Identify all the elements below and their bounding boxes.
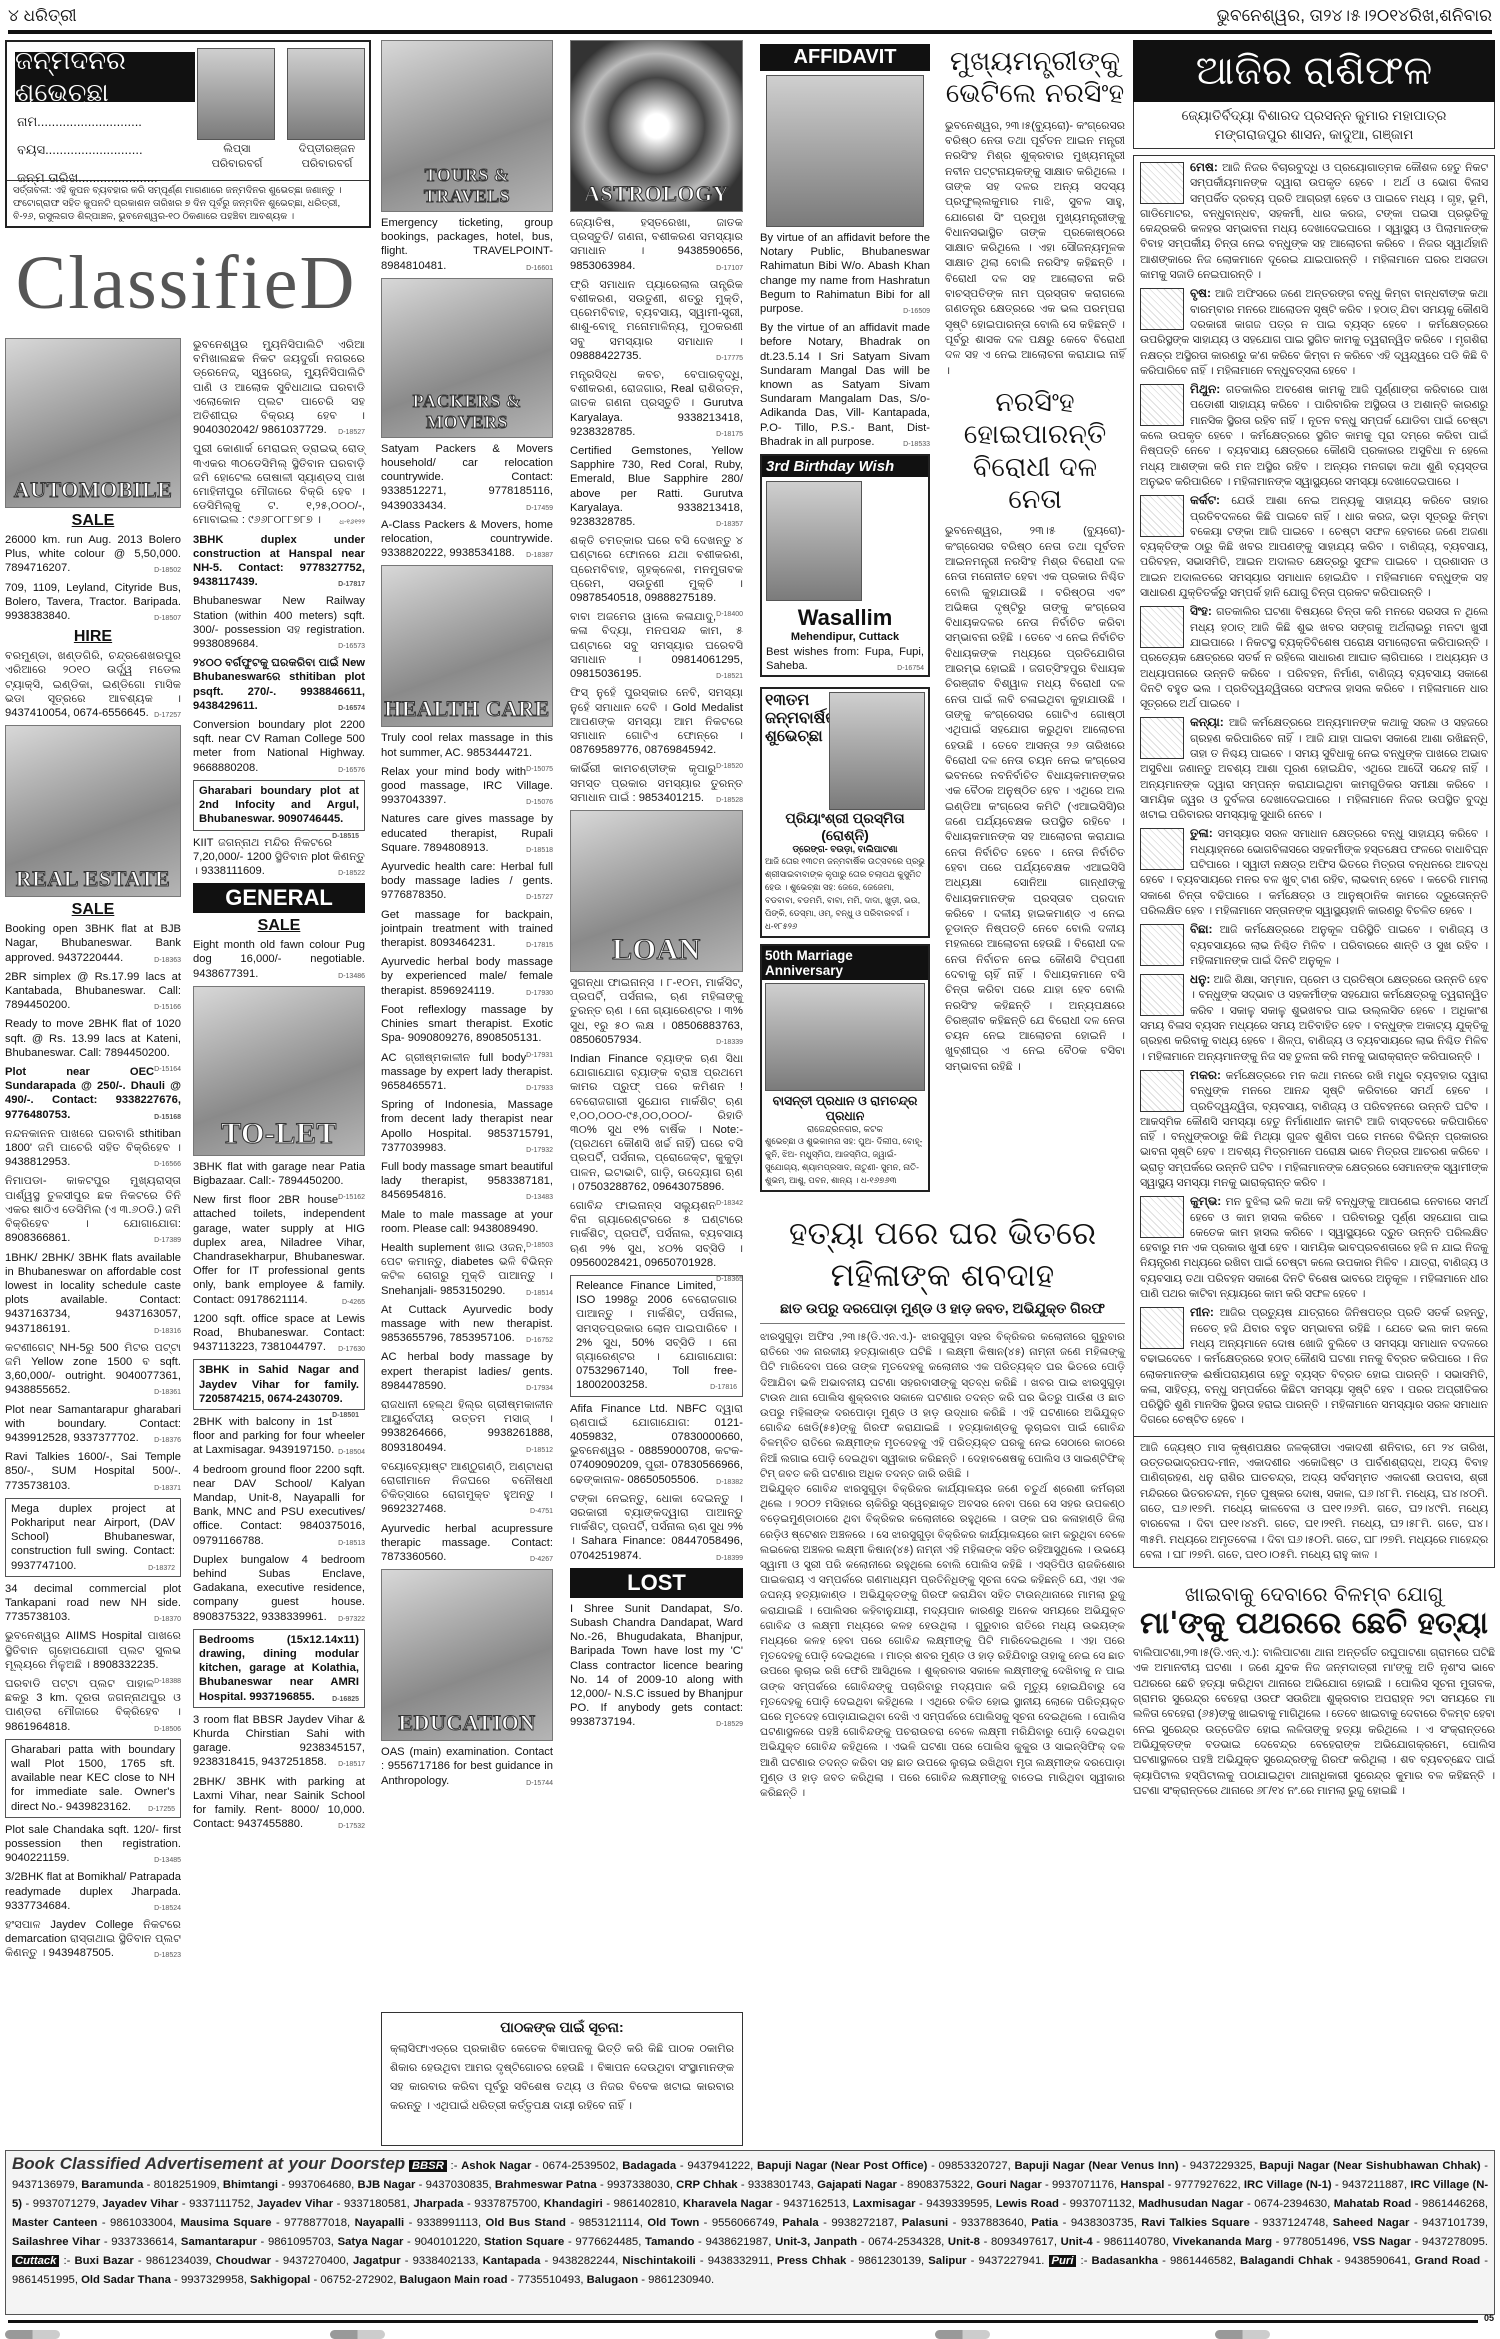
aquarius-icon	[1140, 1196, 1184, 1238]
ad-code: D-16601	[526, 262, 553, 276]
classified-ad: By virtue of an affidavit before the Not…	[760, 231, 930, 316]
booking-office: Choudwar - 9437270400,	[216, 2255, 353, 2267]
classified-ad: A-Class Packers & Movers, home relocatio…	[381, 518, 553, 561]
classified-ad: Plot sale Chandaka sqft. 120/- first pos…	[5, 1823, 181, 1866]
story3: ହତ୍ୟା ପରେ ଘର ଭିତରେ ମହିଳାଙ୍କ ଶବଦାହ ଛାତ ଉପ…	[760, 1212, 1125, 1801]
classified-ad: ନିମାପଡା- କାକଟପୁର ମୁଖ୍ୟରାସ୍ତା ପାର୍ଶ୍ୱସ୍ଥ …	[5, 1174, 181, 1245]
registration-mark	[935, 2330, 990, 2339]
classified-ad: ପୁରୀ କୋଣାର୍କ ମେରାଇନ୍ ଡ୍ରାଇଭ୍ ରୋଡ୍ ୩ଏକର ୩…	[193, 442, 365, 527]
rashi-entry: କନ୍ୟା: ଆଜି କର୍ମକ୍ଷେତ୍ରରେ ଅନ୍ୟମାନଙ୍କ କଥାକ…	[1140, 715, 1488, 823]
ad-code: D-17934	[526, 1382, 553, 1396]
classified-ad: Gharabari patta with boundary wall Plot …	[5, 1739, 181, 1818]
ad-code: D-18502	[154, 564, 181, 578]
ad-code: D-17459	[526, 502, 553, 516]
dateline: ଭୁବନେଶ୍ୱର, ତା୨୪।୫।୨୦୧୪ରିଖ,ଶନିବାର	[1217, 6, 1492, 26]
ad-code: D-18399	[716, 1552, 743, 1566]
booking-office: Press Chhak - 9861230139,	[777, 2255, 928, 2267]
booking-office: Nischintakoili - 9438332911,	[622, 2255, 777, 2267]
age-field: ବୟସ...........................	[17, 142, 143, 158]
ad-code: D-18522	[338, 867, 365, 881]
classified-ad: ଶକ୍ତି ଚମତ୍କାର ଘରେ ବସି ଦେଖନ୍ତୁ ୪ ଘଣ୍ଟାରେ …	[570, 534, 743, 605]
taurus-icon	[1140, 288, 1184, 330]
classified-ad: ଫିସ୍ ନୁହେଁ ପୁରସ୍କାର ନେବି, ସମସ୍ୟା ନୁହେଁ ସ…	[570, 686, 743, 757]
ad-code: D-18357	[716, 518, 743, 532]
ad-code: D-17817	[338, 578, 365, 592]
bottom-rule	[8, 2320, 1478, 2323]
anniversary-box: 50th Marriage Anniversary ବାସନ୍ତୀ ପ୍ରଧାନ…	[760, 944, 930, 1192]
rashi-entry: ମକର: କର୍ମକ୍ଷେତ୍ରରେ ମନ କଥା ମନରେ ରଖି ମଧୁର …	[1140, 1068, 1488, 1191]
ad-code: D-17931	[526, 1049, 553, 1063]
affidavit-photo	[766, 75, 924, 227]
couple-photo	[765, 983, 925, 1091]
top-rule	[8, 30, 1492, 34]
classified-ad: 3/2BHK flat at Bomikhal/ Patrapada ready…	[5, 1870, 181, 1913]
automobile-image: AUTOMOBILE	[5, 338, 181, 508]
column-automobile-realestate: AUTOMOBILE SALE 26000 km. run Aug. 2013 …	[5, 338, 181, 1966]
booking-office: Sailashree Vihar - 9337336614,	[12, 2236, 181, 2248]
story3-headline: ହତ୍ୟା ପରେ ଘର ଭିତରେ ମହିଳାଙ୍କ ଶବଦାହ	[760, 1212, 1125, 1296]
ad-code: D-18382	[716, 1476, 743, 1490]
booking-office: Bapuji Nagar (Near Post Office) - 098533…	[757, 2160, 1014, 2172]
booking-office: Jayadev Vihar - 9337111752,	[102, 2198, 257, 2210]
birthday-wish-box: 3rd Birthday Wish Wasallim Mehendipur, C…	[760, 454, 930, 677]
footer-lead: Book Classified Advertisement at your Do…	[12, 2154, 405, 2173]
booking-office: Master Canteen - 9861033004,	[12, 2217, 180, 2229]
ad-code: D-18363	[154, 954, 181, 968]
classified-ad: ୨୪୦୦ ବର୍ଗଫୁଟକୁ ଘରକରିବା ପାଇଁ New Bhubanes…	[193, 656, 365, 713]
booking-office: Tamando - 9438621987,	[645, 2236, 775, 2248]
classified-ad: Get massage for backpain, jointpain trea…	[381, 908, 553, 951]
ad-code: D-17255	[148, 1803, 175, 1817]
classified-ad: Mega duplex project at Pokhariput near A…	[5, 1498, 181, 1577]
booking-office: Baramunda - 8018251909,	[81, 2179, 223, 2191]
ad-code: D-4751	[530, 1505, 553, 1519]
city-label: Cuttack	[12, 2255, 59, 2267]
ad-code: D-16752	[526, 1334, 553, 1348]
booking-office: Khandagiri - 9861402810,	[544, 2198, 683, 2210]
ad-code: D-18388	[154, 1675, 181, 1689]
booking-office: Balagandi Chhak - 9438590641,	[1240, 2255, 1415, 2267]
booking-office: Pahala - 9938272187,	[782, 2217, 901, 2229]
rashi-entry: ମିଥୁନ: ଗତକାଲିର ଅବଶେଷ କାମକୁ ଆଜି ପୂର୍ଣ୍ଣାଙ…	[1140, 382, 1488, 490]
ad-code: D-18372	[148, 1562, 175, 1576]
sagittarius-icon	[1140, 974, 1184, 1016]
classified-ad: Releance Finance Limited, ISO 1998ରୁ 200…	[570, 1275, 743, 1397]
ad-code: D-18514	[526, 1287, 553, 1301]
column-astrology-loan: ASTROLOGY ଜ୍ୟୋତିଷ, ହସ୍ତରେଖା, ଜାତକ ପ୍ରସ୍ତ…	[570, 40, 743, 1735]
column-services: TOURS & TRAVELS Emergency ticketing, gro…	[381, 40, 553, 1793]
registration-mark	[330, 2330, 385, 2339]
booking-office: Station Square - 9776624485,	[484, 2236, 645, 2248]
city-label: Puri	[1049, 2255, 1077, 2267]
classified-ad: AC herbal body massage by expert therapi…	[381, 1350, 553, 1393]
classified-ad: New first floor 2BR house attached toile…	[193, 1193, 365, 1307]
registration-mark	[5, 2330, 60, 2339]
rashifal-heading: ଆଜିର ରାଶିଫଳ	[1133, 40, 1495, 102]
ad-code: D-18523	[154, 1949, 181, 1963]
ad-code: D-16574	[338, 702, 365, 716]
ad-code: D-18528	[716, 794, 743, 808]
cancer-icon	[1140, 495, 1184, 537]
coupon-title: ଜନ୍ମଦିନର ଶୁଭେଚ୍ଛା	[15, 52, 195, 102]
booking-office: Mahatab Road - 9861446268,	[1334, 2198, 1488, 2210]
ad-code: D-18365	[716, 1273, 743, 1287]
booking-office: CRP Chhak - 9338301743,	[676, 2179, 817, 2191]
classified-ad: ଜ୍ୟୋତିଷ, ହସ୍ତରେଖା, ଜାତକ ପ୍ରସ୍ତୁତି/ ଗଣନା,…	[570, 216, 743, 273]
classified-ad: 2BR simplex @ Rs.17.99 lacs at Kantabada…	[5, 970, 181, 1013]
rashi-entry: ମୀନ: ଆଜିର ପ୍ରତ୍ୟୁଷ ଯାତ୍ରାରେ ଜିନିଷପତ୍ର ପ୍…	[1140, 1305, 1488, 1428]
ad-code: D-4267	[530, 1553, 553, 1567]
ad-code: D-18370	[154, 1613, 181, 1627]
page-number: 05	[1484, 2313, 1494, 2323]
child-photo	[766, 481, 862, 601]
rashi-entry: ବୃଷ: ଆଜି ଅଫିସରେ ଜଣେ ଅନ୍ତରଙ୍ଗ ବନ୍ଧୁ କିମ୍ବ…	[1140, 286, 1488, 379]
classified-ad: Certified Gemstones, Yellow Sapphire 730…	[570, 444, 743, 529]
reader-notice: ପାଠକଙ୍କ ପାଇଁ ସୂଚନା: କ୍ଲାସିଫାଏଡ୍‌ରେ ପ୍ରକା…	[381, 2012, 743, 2146]
booking-office: Kharavela Nagar - 9437162513,	[683, 2198, 853, 2210]
city-label: BBSR	[409, 2160, 447, 2172]
section-heading: SALE	[5, 512, 181, 530]
classified-ad: ଭୁବନେଶ୍ୱର ମ୍ୟୁନିସିପାଲିଟି ଏରିଆ ବମିଖାଲଛକ ନ…	[193, 338, 365, 437]
booking-office: Bhimtangi - 9937064680,	[223, 2179, 358, 2191]
ad-code: D-15727	[526, 891, 553, 905]
classified-ad: Gharabari boundary plot at 2nd Infocity …	[193, 780, 365, 831]
ad-code: D-16509	[903, 305, 930, 319]
real-estate-image: REAL ESTATE	[5, 725, 181, 897]
booking-office: Brahmeswar Patna - 9937338030,	[495, 2179, 676, 2191]
classified-ad: 4 bedroom ground floor 2200 sqft. near D…	[193, 1463, 365, 1548]
gemini-icon	[1140, 384, 1184, 426]
classified-ad: 3BHK in Sahid Nagar and Jaydev Vihar for…	[193, 1359, 365, 1410]
rashi-entry: ଧନୁ: ଆଜି ଶିକ୍ଷା, ସମ୍ମାନ, ପ୍ରେମ ଓ ପ୍ରତିଷ୍…	[1140, 972, 1488, 1065]
classified-ad: ରାଜଧାନୀ ହେଲ୍‌ଥ ହିଲ୍‌ର ଗ୍ରୀଷ୍ମକାଳୀନ ଆୟୁର୍…	[381, 1398, 553, 1455]
classified-ad: ବୟୋବ୍ୟୋଷ୍ଟ ଆଣ୍ଠୁଗଣ୍ଠି, ଅଣ୍ଟାଧରା ରୋଗୀମାନେ…	[381, 1460, 553, 1517]
ad-code: D-13486	[338, 970, 365, 984]
booking-office: Badasankha - 9861446582,	[1092, 2255, 1241, 2267]
leo-icon	[1140, 606, 1184, 648]
story1-headline: ମୁଖ୍ୟମନ୍ତ୍ରୀଙ୍କୁ ଭେଟିଲେ ନରସିଂହ	[945, 46, 1125, 111]
affidavit-heading: AFFIDAVIT	[760, 44, 930, 71]
pisces-icon	[1140, 1307, 1184, 1349]
ad-code: D-17932	[526, 1144, 553, 1158]
ad-code: D-18175	[716, 428, 743, 442]
booking-office: Sakhigopal - 06752-272902,	[250, 2274, 399, 2286]
wish-name: Wasallim	[762, 605, 928, 631]
classified-ad: 1BHK/ 2BHK/ 3BHK flats available in Bhub…	[5, 1251, 181, 1336]
ad-code: D-15166	[154, 1001, 181, 1015]
booking-office: Jayadev Vihar - 9337180581,	[257, 2198, 413, 2210]
classified-ad: ଟଙ୍କା ନେଇନ୍ତୁ, ଧୋକା ଦେଇନ୍ତୁ । ସରକାରୀ ବ୍ୟ…	[570, 1492, 743, 1563]
booking-office: Buxi Bazar - 9861234039,	[74, 2255, 215, 2267]
rashi-entry: ସିଂହ: ଗତକାଲିର ଘଟଣା ବିଷୟରେ ଚିନ୍ତା କରି ମନର…	[1140, 604, 1488, 712]
booking-office: Salipur - 9437227941.	[928, 2255, 1048, 2267]
ad-code: D-18501	[332, 1409, 359, 1423]
classified-ad: Duplex bungalow 4 bedroom behind Subas E…	[193, 1553, 365, 1624]
booking-office: Saheed Nagar - 9437101739,	[1333, 2217, 1488, 2229]
classified-ad: At Cuttack Ayurvedic body massage with n…	[381, 1303, 553, 1346]
classified-ad: Booking open 3BHK flat at BJB Nagar, Bhu…	[5, 922, 181, 965]
booking-office: Patia - 9438303735,	[1031, 2217, 1141, 2229]
photo-caption-2: ଦିପ୍ତୀରଞ୍ଜନପରିବାରବର୍ଗ	[287, 142, 367, 172]
packers-image: PACKERS & MOVERS	[381, 278, 553, 438]
ad-code: D-15076	[526, 796, 553, 810]
rashi-entry: କୁମ୍ଭ: ମନ ବୁଝିଲା ଭଳି କଥା କହି ବନ୍ଧୁଙ୍କୁ ଆ…	[1140, 1194, 1488, 1302]
booking-office: Vivekananda Marg - 9778051496,	[1173, 2236, 1353, 2248]
column-property-tolet: ଭୁବନେଶ୍ୱର ମ୍ୟୁନିସିପାଲିଟି ଏରିଆ ବମିଖାଲଛକ ନ…	[193, 338, 365, 1836]
13th-birthday-box: ୧୩ତମ ଜନ୍ମବାର୍ଷିକ ଶୁଭେଚ୍ଛା ପ୍ରିୟାଂଶ୍ରୀ ପ୍…	[760, 687, 930, 938]
booking-offices-footer: Book Classified Advertisement at your Do…	[5, 2150, 1495, 2315]
classified-ad: ସୁଗନ୍ଧା ଫାଇନାନ୍ସ । ୮-୧୦ମ, ମାର୍କସିଟ୍, ପ୍ର…	[570, 976, 743, 1047]
classified-ad: କଟଣୀଗେଟ୍ NH-5ରୁ 500 ମିଟର ପଟ୍ଟା ଜମି Yello…	[5, 1341, 181, 1398]
name-field: ନାମ.............................	[17, 114, 142, 130]
classified-ad: Emergency ticketing, group bookings, pac…	[381, 216, 553, 273]
rashi-list: ମେଷ: ଆଜି ନିଜର ବିଚାରବୁଦ୍ଧି ଓ ପ୍ରୟୋଗାତ୍ମକ …	[1133, 155, 1495, 1437]
booking-office: Kantapada - 9438282244,	[483, 2255, 623, 2267]
ad-code: D-15162	[338, 1191, 365, 1205]
booking-office: Ashok Nagar - 0674-2539502,	[461, 2160, 622, 2172]
booking-office: Balugaon - 9861230940.	[587, 2274, 714, 2286]
ad-code: D-18518	[526, 844, 553, 858]
classified-ad: 709, 1109, Leyland, Cityride Bus, Bolero…	[5, 581, 181, 624]
story3-body: ଝାରସୁଗୁଡ଼ା ଅଫିସ ,୨୩।୫(ଡି.ଏନ.ଏ.)- ଝାରସୁଗୁ…	[760, 1330, 1125, 1801]
ad-code: D-18515	[332, 830, 359, 844]
ad-code: D-17389	[154, 1234, 181, 1248]
birthday-coupon: ଜନ୍ମଦିନର ଶୁଭେଚ୍ଛା ନାମ...................…	[5, 40, 371, 228]
classified-ad: Afifa Finance Ltd. NBFC ଦ୍ୱାରା ଋଣପାଇଁ ଯୋ…	[570, 1402, 743, 1487]
rashi-entry: କର୍କଟ: ଯେଉଁ ଆଶା ନେଇ ଅନ୍ୟକୁ ସାହାଯ୍ୟ କରିବେ…	[1140, 493, 1488, 601]
coupon-terms: ସର୍ତ୍ତାବଳୀ: ଏହି କୁପନ ବ୍ୟବହାର କରି ସମ୍ପୂର୍…	[7, 180, 369, 226]
booking-office: Lewis Road - 9937071132,	[996, 2198, 1139, 2210]
ad-code: D-18503	[526, 1239, 553, 1253]
ad-code: D-17107	[716, 262, 743, 276]
classified-ad: ଫ୍ରି ସମାଧାନ ପ୍ୟାରେଲାଲ ତାନ୍ତ୍ରିକ ବଶୀକରଣ, …	[570, 278, 743, 363]
classified-ad: By the virtue of an affidavit made befor…	[760, 321, 930, 449]
booking-office: Badagada - 9437941222,	[622, 2160, 757, 2172]
ad-code: D-13485	[154, 1854, 181, 1868]
booking-office: Unit-8 - 8093497617,	[948, 2236, 1061, 2248]
classified-ad: Eight month old fawn colour Pug dog 16,0…	[193, 938, 365, 981]
photo-caption-1: ଲିପ୍‌ସାପରିବାରବର୍ଗ	[197, 142, 277, 172]
rashi-entry: ବିଛା: ଆଜି କର୍ମକ୍ଷେତ୍ରରେ ଅନୁକୂଳ ପରିସ୍ଥିତି…	[1140, 922, 1488, 969]
ad-code: D-17815	[526, 939, 553, 953]
lost-heading: LOST	[570, 1568, 743, 1598]
booking-office: Ravi Talkies Square - 9337124748,	[1141, 2217, 1333, 2229]
classified-ad: 26000 km. run Aug. 2013 Bolero Plus, whi…	[5, 533, 181, 576]
ad-code: D-18513	[338, 1537, 365, 1551]
girl-photo	[829, 692, 925, 810]
ad-code: D-18521	[716, 670, 743, 684]
ad-code: D-18506	[154, 1723, 181, 1737]
classified-ad: Satyam Packers & Movers household/ car r…	[381, 442, 553, 513]
classified-ad: Ravi Talkies 1600/-, Sai Temple 850/-, S…	[5, 1450, 181, 1493]
booking-office: Mausima Square - 9778877018,	[180, 2217, 354, 2229]
story4-kicker: ଖାଇବାକୁ ଦେବାରେ ବିଳମ୍ବ ଯୋଗୁ	[1133, 1582, 1495, 1606]
classified-ad: OAS (main) examination. Contact : 955671…	[381, 1745, 553, 1788]
education-image: EDUCATION	[381, 1569, 553, 1741]
rashi-entry: ତୁଳା: ସମସ୍ୟାର ସରଳ ସମାଧାନ କ୍ଷେତ୍ରରେ ବନ୍ଧୁ…	[1140, 826, 1488, 919]
classified-ad: Plot near Samantarapur gharabari with bo…	[5, 1403, 181, 1446]
page-label: ୪ ଧରିତ୍ରୀ	[8, 6, 77, 26]
ad-code: D-17933	[526, 1082, 553, 1096]
section-heading: HIRE	[5, 628, 181, 646]
capricorn-icon	[1140, 1070, 1184, 1112]
booking-office: Old Sadar Thana - 9937329958,	[81, 2274, 250, 2286]
ad-code: D-13483	[526, 1191, 553, 1205]
ad-code: D-17532	[338, 1820, 365, 1834]
scorpio-icon	[1140, 924, 1184, 966]
booking-office: Unit-3, Janpath - 0674-2534328,	[775, 2236, 948, 2248]
classified-ad: Natures care gives massage by educated t…	[381, 812, 553, 855]
ad-code: D-18524	[154, 1902, 181, 1916]
ad-code: D-97322	[338, 1613, 365, 1627]
panjika: ଆଜି ଜ୍ୟେଷ୍ଠ ମାସ କୃଷ୍ଣପକ୍ଷର ଜଳକ୍ରୀଡା ଏକାଦ…	[1133, 1437, 1495, 1568]
general-heading: GENERAL	[193, 883, 365, 913]
classified-ad: Conversion boundary plot 2200 sqft. near…	[193, 718, 365, 775]
classified-ad: Indian Finance ବ୍ୟାଙ୍କ ଋଣ ସିଧା ଯୋଗାଯୋଗ ବ…	[570, 1052, 743, 1194]
booking-office: Madhusudan Nagar - 0674-2394630,	[1138, 2198, 1333, 2210]
ad-code: D-18520	[716, 760, 743, 774]
booking-office: BJB Nagar - 9437030835,	[358, 2179, 495, 2191]
man-photo	[287, 48, 365, 140]
ad-code: D-17930	[526, 987, 553, 1001]
ad-code: D-18504	[338, 1446, 365, 1460]
story3-subhead: ଛାତ ଉପରୁ ଦରପୋଡ଼ା ମୁଣ୍ଡ ଓ ହାଡ଼ ଜବତ, ଅଭିଯୁ…	[760, 1296, 1125, 1324]
booking-office: Gouri Nagar - 9937071176,	[976, 2179, 1120, 2191]
ad-code: D-18512	[526, 1444, 553, 1458]
ad-code: D-16573	[338, 640, 365, 654]
classified-ad: 34 decimal commercial plot Tankapani roa…	[5, 1582, 181, 1625]
classified-ad: 1200 sqft. office space at Lewis Road, B…	[193, 1312, 365, 1355]
booking-office: Samantarapur - 9861095703,	[181, 2236, 338, 2248]
health-care-image: HEALTH CARE	[381, 565, 553, 727]
classified-ad: Ayurvedic health care: Herbal full body …	[381, 860, 553, 903]
booking-office: VSS Nagar - 9437278095.	[1353, 2236, 1488, 2248]
booking-office: Nayapalli - 9338991113,	[355, 2217, 486, 2229]
story4-body: ବାଲିପାଟଣା,୨୩।୫(ଡି.ଏନ୍.ଏ.): ବାଲିପାଟଣା ଥାନ…	[1133, 1646, 1495, 1799]
classified-ad: Full body massage smart beautiful lady t…	[381, 1160, 553, 1203]
astrologer-byline: ଜ୍ୟୋତିର୍ବିଦ୍ୟା ବିଶାରଦ ପ୍ରସନ୍ନ କୁମାର ମହାପ…	[1133, 102, 1495, 149]
booking-office: Bapuji Nagar (Near Venus Inn) - 94372293…	[1014, 2160, 1259, 2172]
ad-code: D-18361	[154, 1386, 181, 1400]
ad-code: D-16576	[338, 764, 365, 778]
classified-ad: ନନ୍ଦନକାନନ ପାଖରେ ଘରବାରି sthitiban 1800' ଜ…	[5, 1127, 181, 1170]
classified-ad: Foot reflexlogy massage by Chinies smart…	[381, 1003, 553, 1046]
astrology-image: ASTROLOGY	[570, 40, 743, 212]
story2-body: ଭୁବନେଶ୍ୱର, ୨୩।୫ (ବ୍ୟୁରୋ)- କଂଗ୍ରେସର ବରିଷ୍…	[945, 524, 1125, 1075]
ad-code: D-16566	[154, 1158, 181, 1172]
ad-code: D-17630	[338, 1343, 365, 1357]
ad-code: ଧ-୧୬୧୨୨	[339, 516, 365, 530]
virgo-icon	[1140, 717, 1184, 759]
ad-code: D-16825	[332, 1693, 359, 1707]
section-heading: SALE	[5, 901, 181, 919]
booking-office: Jharpada - 9337875700,	[413, 2198, 543, 2210]
booking-office: Old Bus Stand - 9853121114,	[486, 2217, 648, 2229]
classified-ad: Ready to move 2BHK flat of 1020 sqft. @ …	[5, 1017, 181, 1060]
booking-office: Hanspal - 9777927622,	[1120, 2179, 1243, 2191]
ad-code: D-15075	[526, 763, 553, 777]
ad-code: D-18316	[154, 1325, 181, 1339]
rashi-entry: ମେଷ: ଆଜି ନିଜର ବିଚାରବୁଦ୍ଧି ଓ ପ୍ରୟୋଗାତ୍ମକ …	[1140, 160, 1488, 283]
ad-code: D-18376	[154, 1434, 181, 1448]
story1-body: ଭୁବନେଶ୍ୱର, ୨୩।୫(ବ୍ୟୁରୋ)- କଂଗ୍ରେସର ବରିଷ୍ଠ…	[945, 119, 1125, 379]
classified-ad: Truly cool relax massage in this hot sum…	[381, 731, 553, 759]
ad-code: D-18339	[716, 1036, 743, 1050]
story2-headline: ନରସିଂହ ହୋଇପାରନ୍ତି ବିରୋଧୀ ଦଳ ନେତା	[945, 387, 1125, 517]
ad-code: D-4265	[342, 1296, 365, 1310]
booking-office: Gajapati Nagar - 8908375322,	[817, 2179, 976, 2191]
tours-image: TOURS & TRAVELS	[381, 40, 553, 212]
booking-office: Balugaon Main road - 7735510493,	[400, 2274, 587, 2286]
registration-mark	[1215, 2330, 1270, 2339]
column-affidavit-wishes: AFFIDAVIT By virtue of an affidavit befo…	[760, 40, 930, 1192]
ad-code: D-18342	[716, 1197, 743, 1211]
aries-icon	[1140, 162, 1184, 204]
tolet-image: TO-LET	[193, 986, 365, 1156]
classified-ad: Male to male massage at your room. Pleas…	[381, 1208, 553, 1236]
ad-code: D-18400	[716, 608, 743, 622]
ad-code: D-18529	[716, 1718, 743, 1732]
classified-ad: 3BHK flat with garage near Patia Bigbaza…	[193, 1160, 365, 1188]
libra-icon	[1140, 828, 1184, 870]
classified-ad: Bhubaneswar New Railway Station (within …	[193, 594, 365, 651]
ad-code: D-17775	[716, 352, 743, 366]
booking-office: Jagatpur - 9338402133,	[353, 2255, 483, 2267]
classified-logo: ClassifieD	[5, 242, 367, 324]
ad-code: D-18371	[154, 1482, 181, 1496]
ad-code: D-18517	[338, 1758, 365, 1772]
ad-code: D-17816	[710, 1381, 737, 1395]
ad-code: D-15168	[154, 1111, 181, 1125]
booking-office: Laxmisagar - 9439339595,	[853, 2198, 996, 2210]
masthead: ୪ ଧରିତ୍ରୀ ଭୁବନେଶ୍ୱର, ତା୨୪।୫।୨୦୧୪ରିଖ,ଶନିବ…	[8, 4, 1492, 28]
booking-office: Palasuni - 9337883640,	[902, 2217, 1032, 2229]
classified-ad: 2BHK/ 3BHK with parking at Laxmi Vihar, …	[193, 1775, 365, 1832]
classified-ad: ହଂସପାଳ Jaydev College ନିକଟରେ demarcation…	[5, 1918, 181, 1961]
section-heading: SALE	[193, 917, 365, 935]
booking-office: IRC Village (N-1) - 9437211887,	[1244, 2179, 1411, 2191]
classified-ad: 3BHK duplex under construction at Hanspa…	[193, 533, 365, 590]
ad-code: D-18533	[903, 438, 930, 452]
classified-ad: Spring of Indonesia, Massage from decent…	[381, 1098, 553, 1155]
ad-code: D-18527	[338, 426, 365, 440]
classified-ad: Bedrooms (15x12.14x11) drawing, dining m…	[193, 1629, 365, 1708]
classified-ad: 3 room flat BBSR Jaydev Vihar & Khurda C…	[193, 1713, 365, 1770]
child-photo	[197, 48, 275, 140]
classified-ad: Ayurvedic herbal body massage by experie…	[381, 955, 553, 998]
booking-office: Satya Nagar - 9040101220,	[338, 2236, 485, 2248]
booking-office: Unit-4 - 9861140780,	[1061, 2236, 1173, 2248]
classified-ad: ଭୁବନେଶ୍ୱର AIIMS Hospital ପାଖରେ ସ୍ଥିତିବାନ…	[5, 1629, 181, 1672]
classified-ad: I Shree Sunit Dandapat, S/o. Subash Chan…	[570, 1602, 743, 1730]
ad-code: D-18387	[526, 549, 553, 563]
booking-office: Old Town - 9556066749,	[647, 2217, 782, 2229]
ad-code: D-15164	[154, 1063, 181, 1077]
rashifal: ଆଜିର ରାଶିଫଳ ଜ୍ୟୋତିର୍ବିଦ୍ୟା ବିଶାରଦ ପ୍ରସନ୍…	[1133, 40, 1495, 1799]
classified-ad: ବରମୁଣ୍ଡା, ଖଣ୍ଡଗିରି, ଚନ୍ଦ୍ରଶେଖରପୁର ଏରିଆରେ…	[5, 649, 181, 720]
ad-code: D-18507	[154, 612, 181, 626]
classified-ad: Ayurvedic herbal acupressure therapic ma…	[381, 1522, 553, 1565]
ad-code: D-17257	[154, 709, 181, 723]
classified-ad: ମନ୍ତ୍ରସିଦ୍ଧ କବଚ, ବେପାରବୃଦ୍ଧି, ବଶୀକରଣ, ରୋ…	[570, 368, 743, 439]
column-news: ମୁଖ୍ୟମନ୍ତ୍ରୀଙ୍କୁ ଭେଟିଲେ ନରସିଂହ ଭୁବନେଶ୍ୱର…	[945, 40, 1125, 1075]
loan-image: LOAN	[570, 810, 743, 972]
ad-code: D-15744	[526, 1777, 553, 1791]
story4-headline: ମା'ଙ୍କୁ ପଥରରେ ଛେଚି ହତ୍ୟା	[1133, 1606, 1495, 1642]
